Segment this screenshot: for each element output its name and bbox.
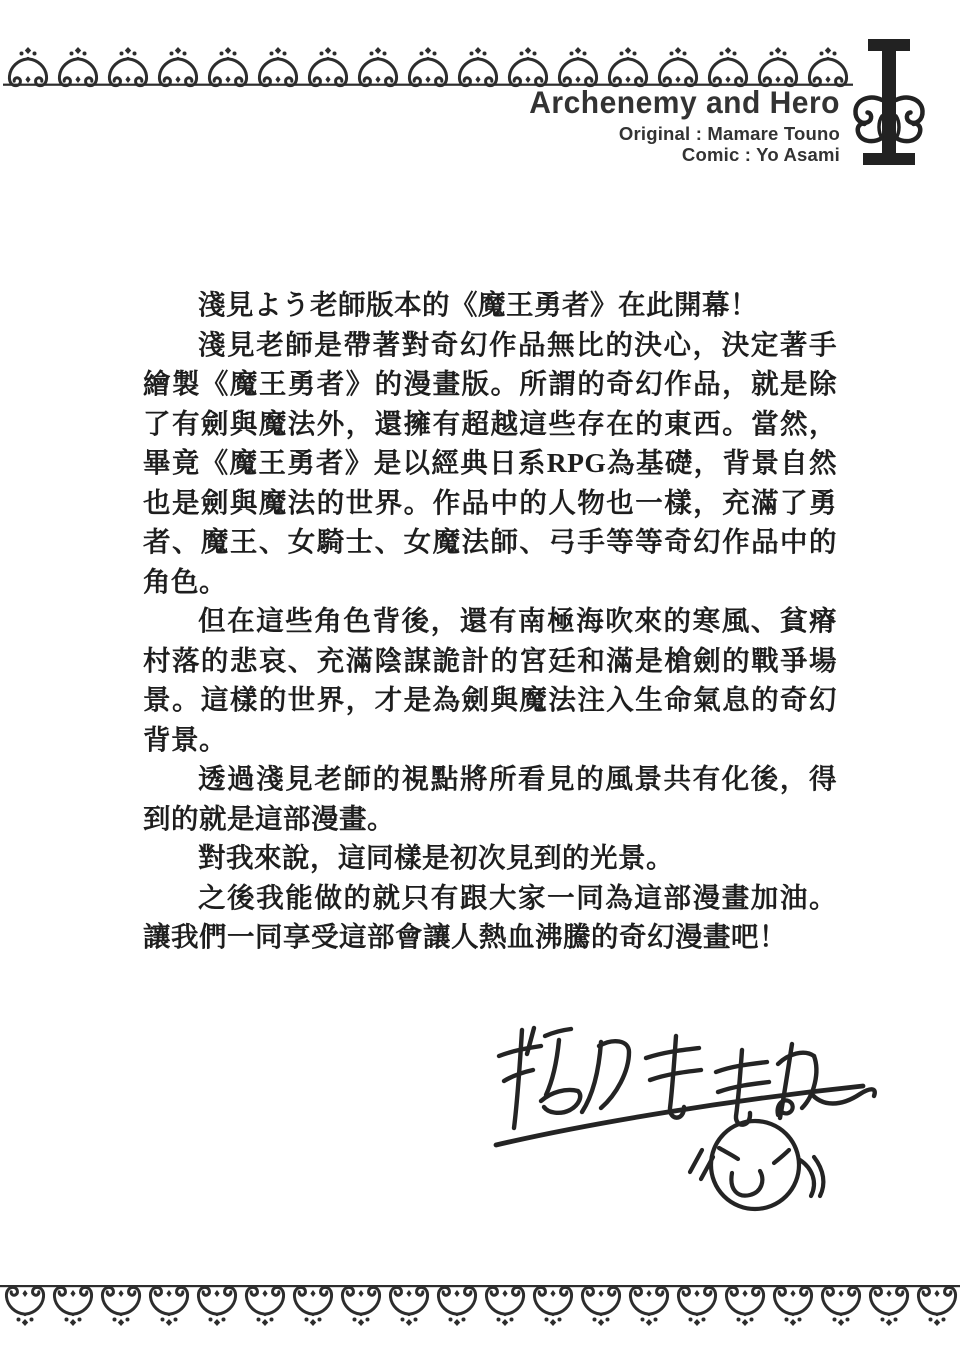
book-page: Archenemy and Hero Original : Mamare Tou… [0, 0, 960, 1355]
comic-credit: Comic : Yo Asami [529, 144, 840, 165]
ornament-border-top [3, 45, 853, 89]
ornament-border-bottom-icon [0, 1283, 960, 1329]
paragraph: 淺見老師是帶著對奇幻作品無比的決心，決定著手繪製《魔王勇者》的漫畫版。所謂的奇幻… [143, 325, 837, 602]
author-signature: 橙乃ままれ [470, 1000, 930, 1235]
paragraph: 但在這些角色背後，還有南極海吹來的寒風、貧瘠村落的悲哀、充滿陰謀詭計的宮廷和滿是… [143, 601, 837, 759]
afterword-text: 淺見よう老師版本的《魔王勇者》在此開幕！ 淺見老師是帶著對奇幻作品無比的決心，決… [143, 285, 837, 957]
chibi-face-doodle [690, 1100, 823, 1209]
title-block: Archenemy and Hero Original : Mamare Tou… [529, 88, 840, 165]
paragraph: 淺見よう老師版本的《魔王勇者》在此開幕！ [143, 285, 837, 325]
paragraph: 對我來說，這同樣是初次見到的光景。 [143, 838, 837, 878]
signature-handwriting-icon [470, 1000, 930, 1235]
volume-numeral-ornament-icon [851, 38, 927, 166]
series-title: Archenemy and Hero [529, 88, 840, 120]
volume-numeral: I [851, 38, 927, 166]
ornament-border-bottom [0, 1283, 960, 1329]
original-credit: Original : Mamare Touno [529, 123, 840, 144]
paragraph: 之後我能做的就只有跟大家一同為這部漫畫加油。讓我們一同享受這部會讓人熱血沸騰的奇… [143, 878, 837, 957]
ornament-border-top-icon [3, 45, 853, 89]
paragraph: 透過淺見老師的視點將所看見的風景共有化後，得到的就是這部漫畫。 [143, 759, 837, 838]
